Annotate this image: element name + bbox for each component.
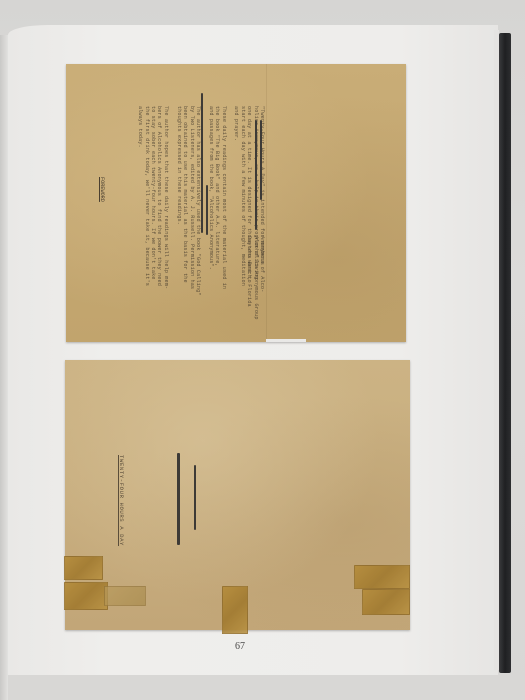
- torn-edge: [266, 339, 306, 342]
- tape-piece: [64, 556, 103, 580]
- tape-piece: [64, 582, 108, 610]
- tape-piece: [104, 586, 146, 606]
- foreword-heading: FOREWORD: [99, 177, 105, 202]
- ink-strike-line: [255, 120, 257, 230]
- page-number: 67: [232, 641, 248, 652]
- ink-strike-line: [206, 185, 208, 235]
- pencil-line: [177, 453, 180, 545]
- book-cover-edge: [499, 33, 511, 673]
- tape-piece: [362, 589, 410, 615]
- left-page-edge: [0, 35, 8, 700]
- ink-strike-line: [201, 93, 203, 233]
- tape-piece: [354, 565, 410, 589]
- ink-strike-line: [260, 120, 262, 200]
- fold-crease: [266, 64, 267, 342]
- foreword-signature-block: Anonymous Alcoholics Anonymous Group Day…: [246, 236, 265, 320]
- pencil-line: [194, 465, 196, 530]
- manuscript-title: TWENTY-FOUR HOURS A DAY: [118, 455, 125, 546]
- tape-piece: [222, 586, 248, 634]
